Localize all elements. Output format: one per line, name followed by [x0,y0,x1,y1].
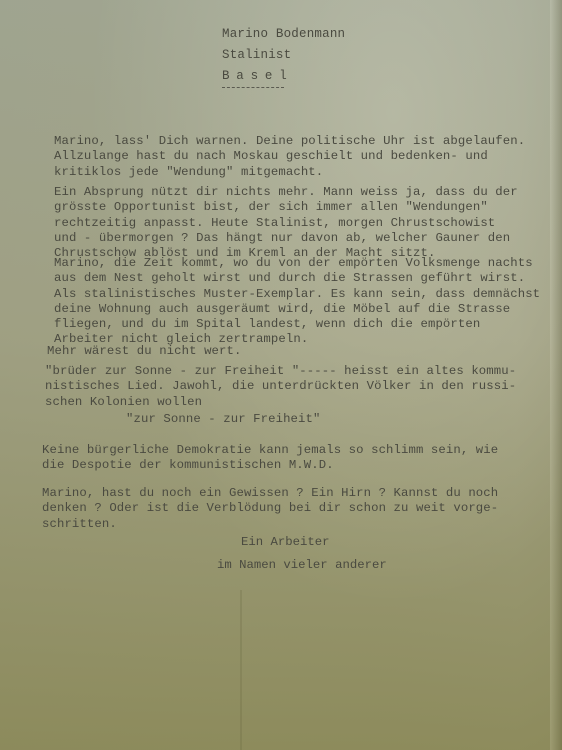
text-line: Als stalinistisches Muster-Exemplar. Es … [54,287,540,302]
text-line: schen Kolonien wollen [45,395,516,410]
text-line: "zur Sonne - zur Freiheit" [126,412,320,427]
paper-fold [240,590,242,750]
text-line: Marino, die Zeit kommt, wo du von der em… [54,256,540,271]
text-line: Ein Absprung nützt dir nichts mehr. Mann… [54,185,518,200]
recipient-city: Basel [222,66,345,87]
text-line: kritiklos jede "Wendung" mitgemacht. [54,165,525,180]
paragraph-4: Mehr wärest du nicht wert. [47,344,241,359]
text-line: "brüder zur Sonne - zur Freiheit "----- … [45,364,516,379]
text-line: und - übermorgen ? Das hängt nur davon a… [54,231,518,246]
recipient-title: Stalinist [222,45,345,66]
signature-line-2: im Namen vieler anderer [217,558,387,573]
quote-line: "zur Sonne - zur Freiheit" [126,412,320,427]
text-line: denken ? Oder ist die Verblödung bei dir… [42,501,498,516]
text-line: die Despotie der kommunistischen M.W.D. [42,458,498,473]
text-line: Marino, lass' Dich warnen. Deine politis… [54,134,525,149]
text-line: Allzulange hast du nach Moskau geschielt… [54,149,525,164]
text-line: fliegen, und du im Spital landest, wenn … [54,317,540,332]
text-line: grösste Opportunist bist, der sich immer… [54,200,518,215]
paragraph-3: Marino, die Zeit kommt, wo du von der em… [54,256,540,348]
text-line: Marino, hast du noch ein Gewissen ? Ein … [42,486,498,501]
text-line: Mehr wärest du nicht wert. [47,344,241,359]
paragraph-1: Marino, lass' Dich warnen. Deine politis… [54,134,525,180]
text-line: schritten. [42,517,498,532]
recipient-name: Marino Bodenmann [222,24,345,45]
paragraph-8: Marino, hast du noch ein Gewissen ? Ein … [42,486,498,532]
letter-header: Marino Bodenmann Stalinist Basel [222,24,345,88]
paragraph-7: Keine bürgerliche Demokratie kann jemals… [42,443,498,474]
text-line: aus dem Nest geholt wirst und durch die … [54,271,540,286]
paragraph-2: Ein Absprung nützt dir nichts mehr. Mann… [54,185,518,261]
paragraph-5: "brüder zur Sonne - zur Freiheit "----- … [45,364,516,410]
text-line: nistisches Lied. Jawohl, die unterdrückt… [45,379,516,394]
text-line: Keine bürgerliche Demokratie kann jemals… [42,443,498,458]
text-line: deine Wohnung auch ausgeräumt wird, die … [54,302,540,317]
header-underline [222,87,284,88]
text-line: rechtzeitig anpasst. Heute Stalinist, mo… [54,216,518,231]
paper-edge [550,0,562,750]
signature-line-1: Ein Arbeiter [241,535,330,550]
